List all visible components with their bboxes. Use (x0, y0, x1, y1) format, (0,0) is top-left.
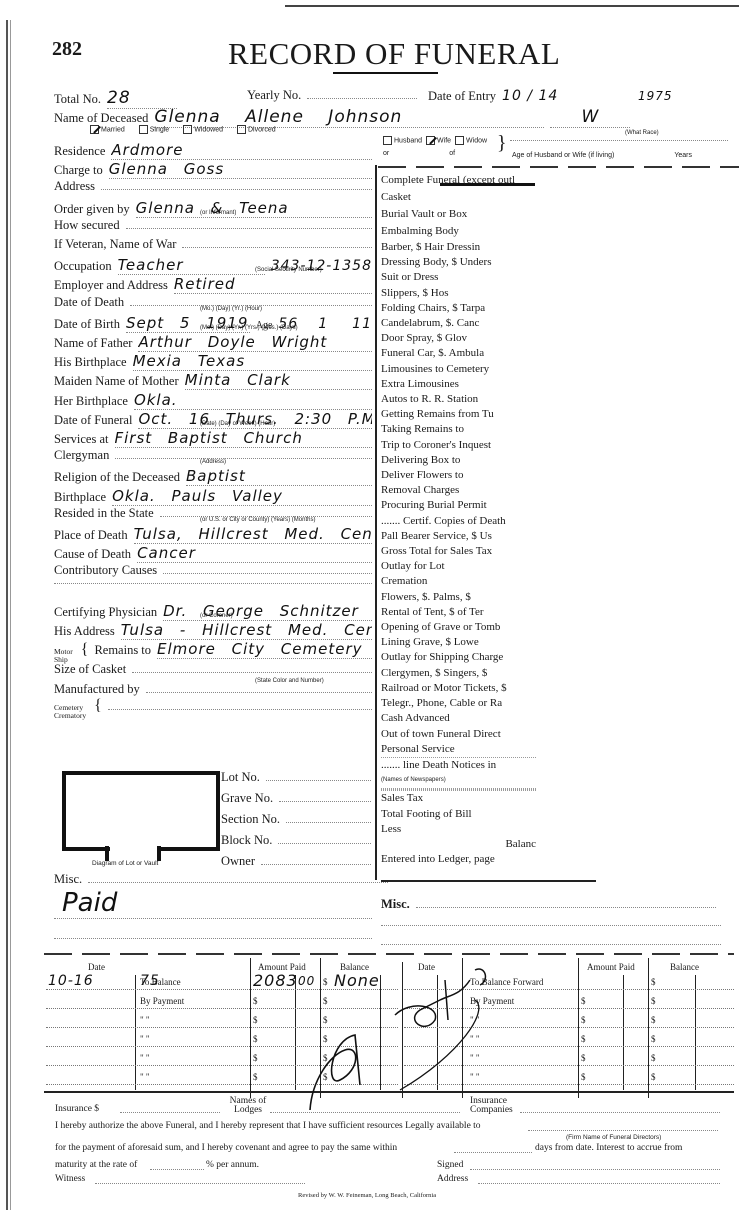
field-value[interactable]: First Baptist Church (115, 429, 373, 448)
lot-field: Block No. (221, 833, 371, 848)
charge-item[interactable]: Total Footing of Bill (381, 807, 536, 822)
field-label: Remains to (94, 643, 151, 658)
misc-right-line[interactable] (381, 925, 721, 926)
currency-symbol: $ (581, 1015, 586, 1025)
field-value[interactable] (115, 458, 372, 459)
field-label: Date of Death (54, 295, 124, 310)
field-his-address: His AddressTulsa - Hillcrest Med. Center (54, 621, 372, 640)
field-caption: (Mo.) (Day) (Yr.) (Yrs.) (Mos.) (Days) (200, 325, 298, 331)
charge-item[interactable]: Outlay for Lot (381, 559, 536, 574)
spouse-option-wife[interactable]: Wife (426, 136, 451, 145)
charge-item[interactable]: Folding Chairs, $ Tarpa (381, 301, 536, 316)
date-of-entry-value[interactable]: 10 / 14 (502, 88, 632, 104)
field-value[interactable]: Okla. (134, 391, 372, 410)
total-no-value[interactable]: 28 (107, 88, 177, 109)
days-line[interactable] (454, 1152, 532, 1153)
charge-item[interactable]: Personal Service (381, 742, 536, 757)
spouse-or-of: or of (383, 150, 455, 157)
misc-right-line[interactable] (381, 944, 721, 945)
field-label: Resided in the State (54, 506, 154, 521)
ledger-column-rule (695, 975, 696, 1090)
charge-item[interactable]: Lining Grave, $ Lowe (381, 635, 536, 650)
field-label: Occupation (54, 259, 112, 274)
field-label: Residence (54, 144, 105, 159)
currency-symbol: $ (253, 1072, 258, 1082)
field-caption: (Social Security Number) (255, 267, 322, 273)
page-title: RECORD OF FUNERAL (228, 36, 560, 72)
field-value[interactable] (108, 709, 372, 710)
charge-item[interactable]: Telegr., Phone, Cable or Ra (381, 696, 536, 711)
field-her-birthplace: Her BirthplaceOkla. (54, 391, 372, 410)
race-value[interactable]: W (550, 107, 630, 128)
currency-symbol: $ (651, 1053, 656, 1063)
field-label: Clergyman (54, 448, 109, 463)
field-label: Charge to (54, 163, 103, 178)
ledger-header-amount-right: Amount Paid (587, 962, 635, 972)
charge-item[interactable]: Candelabrum, $. Canc (381, 316, 536, 331)
field-value[interactable]: Dr. George Schnitzer (163, 602, 372, 621)
marital-option-widowed[interactable]: Widowed (183, 125, 223, 134)
field-label: Cause of Death (54, 547, 131, 562)
field-value[interactable]: Arthur Doyle Wright (138, 333, 372, 352)
field-label: His Birthplace (54, 355, 127, 370)
charge-item[interactable]: Embalming Body (381, 223, 536, 240)
binding-edge (6, 20, 8, 1210)
charge-item[interactable]: Suit or Dress (381, 270, 536, 285)
spouse-age-field: Age of Husband or Wife (if living) Years (512, 152, 692, 159)
lot-field-label: Block No. (221, 833, 272, 848)
ledger-column-rule (295, 975, 296, 1090)
misc-right-line[interactable] (416, 907, 716, 908)
marital-option-divorced[interactable]: Divorced (237, 125, 276, 134)
lot-field-label: Owner (221, 854, 255, 869)
witness-label: Witness (55, 1174, 85, 1184)
charge-item[interactable]: Entered into Ledger, page (381, 852, 536, 867)
charge-item[interactable]: Outlay for Shipping Charge (381, 650, 536, 665)
currency-symbol: $ (651, 977, 656, 987)
checkbox-icon[interactable] (237, 125, 246, 134)
currency-symbol: $ (651, 1072, 656, 1082)
charges-top-rule (378, 166, 739, 168)
field-address: Address (54, 179, 372, 194)
authorization-line-2: for the payment of aforesaid sum, and I … (55, 1143, 397, 1153)
field-label: How secured (54, 218, 120, 233)
field-place-of-death: Place of DeathTulsa, Hillcrest Med. Cent… (54, 525, 372, 544)
currency-symbol: $ (651, 996, 656, 1006)
field-caption: (or U.S. or City or County) (Years) (Mon… (200, 517, 315, 523)
charge-item[interactable]: Funeral Car, $. Ambula (381, 346, 536, 361)
field-his-birthplace: His BirthplaceMexia Texas (54, 352, 372, 371)
charge-item[interactable]: Out of town Funeral Direct (381, 727, 536, 742)
field-label: Maiden Name of Mother (54, 374, 179, 389)
charge-item[interactable]: Cash Advanced (381, 711, 536, 726)
charge-item[interactable]: Pall Bearer Service, $ Us (381, 529, 536, 544)
field-label: Services at (54, 432, 109, 447)
currency-symbol: $ (581, 1034, 586, 1044)
diagram-caption: Diagram of Lot or Vault (92, 860, 158, 867)
charge-item[interactable]: Procuring Burial Permit (381, 498, 536, 513)
field-value[interactable] (163, 573, 372, 574)
insurance-label: Insurance $ (55, 1104, 99, 1114)
currency-symbol: $ (581, 1072, 586, 1082)
charge-item[interactable]: Extra Limousines (381, 377, 536, 392)
lot-diagram (62, 771, 220, 851)
field-value[interactable]: Glenna & Teena (136, 199, 372, 218)
lot-field-value[interactable] (261, 864, 371, 865)
field-cause-of-death: Cause of DeathCancer (54, 544, 372, 563)
checkbox-icon[interactable] (426, 136, 435, 145)
ledger-page-rule (381, 880, 596, 882)
field-blank (54, 583, 372, 584)
ledger-description: To Balance (140, 977, 181, 987)
lot-field-value[interactable] (279, 801, 371, 802)
checkbox-icon[interactable] (139, 125, 148, 134)
field-label: Religion of the Deceased (54, 470, 180, 485)
lot-field-value[interactable] (278, 843, 371, 844)
ledger-description: " " (140, 1034, 150, 1044)
witness-line[interactable] (95, 1183, 305, 1184)
charge-item[interactable]: Rental of Tent, $ of Ter (381, 605, 536, 620)
marital-option-married[interactable]: Married (90, 125, 125, 134)
field-label: Her Birthplace (54, 394, 128, 409)
checkbox-icon[interactable] (90, 125, 99, 134)
field-occupation: OccupationTeacher343-12-1358 (54, 256, 372, 275)
charge-item[interactable]: Door Spray, $ Glov (381, 331, 536, 346)
misc-left-field: Misc. (54, 872, 388, 887)
field-how-secured: How secured (54, 218, 372, 233)
paid-signature: Paid (62, 888, 117, 918)
interest-label: maturity at the rate of (55, 1160, 137, 1170)
field-value[interactable]: Mexia Texas (133, 352, 372, 371)
address-line[interactable] (478, 1183, 720, 1184)
age-months[interactable]: 1 (318, 316, 328, 332)
ledger-description: By Payment (140, 996, 184, 1006)
field-value[interactable]: Glenna Goss (109, 160, 372, 179)
currency-symbol: $ (651, 1015, 656, 1025)
misc-left-line[interactable] (88, 882, 388, 883)
field-label: Order given by (54, 202, 130, 217)
field-value[interactable] (182, 247, 372, 248)
authorization-line-1: I hereby authorize the above Funeral, an… (55, 1121, 481, 1131)
field-label: Manufactured by (54, 682, 140, 697)
field-value[interactable]: Retired (174, 275, 372, 294)
address-label: Address (437, 1174, 468, 1184)
spouse-option-husband[interactable]: Husband (383, 136, 422, 145)
field-manufactured-by: Manufactured by (54, 682, 372, 697)
funeral-director-line[interactable] (528, 1130, 718, 1131)
field-charge-to: Charge toGlenna Goss (54, 160, 372, 179)
insurance-line[interactable] (120, 1112, 220, 1113)
field-value[interactable]: Cancer (137, 544, 372, 563)
lot-field-label: Lot No. (221, 770, 260, 785)
lot-field: Section No. (221, 812, 371, 827)
field-label: Date of Birth (54, 317, 120, 332)
charge-item[interactable]: Autos to R. R. Station (381, 392, 536, 407)
field-label: Employer and Address (54, 278, 168, 293)
charge-item[interactable]: Removal Charges (381, 483, 536, 498)
ledger-amount[interactable]: 2083 (253, 971, 298, 990)
charge-item[interactable]: Balanc (381, 837, 536, 852)
charge-item[interactable]: Gross Total for Sales Tax (381, 544, 536, 559)
charge-item[interactable]: ....... line Death Notices in (381, 758, 536, 773)
yearly-no-field: Yearly No. (247, 88, 417, 103)
charge-item[interactable]: Getting Remains from Tu (381, 407, 536, 422)
charge-item[interactable]: Clergymen, $ Singers, $ (381, 666, 536, 681)
authorization-line-2-end: days from date. Interest to accrue from (535, 1143, 682, 1153)
field-contributory-causes: Contributory Causes (54, 563, 372, 578)
field-value[interactable] (146, 692, 372, 693)
field-label: Name of Father (54, 336, 132, 351)
field-label: Size of Casket (54, 662, 126, 677)
field-caption: (Address) (200, 459, 226, 465)
charge-item[interactable]: Complete Funeral (except outl (381, 172, 536, 189)
field-label: Contributory Causes (54, 563, 157, 578)
field-caption: (Date) (Day of Week) (Hour) (200, 421, 275, 427)
charge-item[interactable]: Taking Remains to (381, 422, 536, 437)
field-label: If Veteran, Name of War (54, 237, 176, 252)
field-value[interactable]: Tulsa, Hillcrest Med. Center (134, 525, 372, 544)
charges-border (375, 165, 377, 880)
field-if-veteran-name-of-war: If Veteran, Name of War (54, 237, 372, 252)
misc-left-line[interactable] (54, 918, 372, 919)
field-name-of-father: Name of FatherArthur Doyle Wright (54, 333, 372, 352)
charge-item[interactable]: Limousines to Cemetery (381, 362, 536, 377)
ledger-header-balance-right: Balance (670, 962, 699, 972)
field-value[interactable]: Tulsa - Hillcrest Med. Center (121, 621, 372, 640)
charge-item[interactable]: Delivering Box to (381, 453, 536, 468)
lot-field-label: Grave No. (221, 791, 273, 806)
checkbox-icon[interactable] (183, 125, 192, 134)
field-residence: ResidenceArdmore (54, 141, 372, 160)
ledger-description: " " (140, 1053, 150, 1063)
field-value[interactable]: Ardmore (111, 141, 372, 160)
currency-symbol: $ (581, 996, 586, 1006)
field-value[interactable] (132, 672, 372, 673)
field-label: Place of Death (54, 528, 128, 543)
diagram-foot (105, 846, 109, 861)
field-blank: CemeteryCrematory{ (54, 701, 372, 720)
field-caption: (or Coroner) (200, 613, 233, 619)
page-number: 282 (52, 38, 82, 61)
misc-right-field: Misc. (381, 897, 716, 912)
signed-line[interactable] (470, 1169, 720, 1170)
charge-item[interactable]: Less (381, 822, 536, 837)
currency-symbol: $ (581, 1053, 586, 1063)
ledger-description: " " (140, 1015, 150, 1025)
top-rule (285, 5, 739, 7)
charge-item[interactable]: ....... Certif. Copies of Death (381, 514, 536, 529)
field-value[interactable]: Teacher (118, 256, 265, 275)
misc-left-line[interactable] (54, 938, 372, 939)
charge-item[interactable]: Trip to Coroner's Inquest (381, 438, 536, 453)
lot-field: Lot No. (221, 770, 371, 785)
ledger-column-rule (623, 975, 624, 1090)
form-credit: Revised by W. W. Feineman, Long Beach, C… (298, 1192, 436, 1199)
ledger-header-date: Date (88, 962, 105, 972)
ledger-column-rule (135, 975, 136, 1090)
signature-scrawl (300, 960, 560, 1120)
field-value[interactable] (54, 583, 372, 584)
lodges-label: Names of Lodges (228, 1097, 268, 1115)
field-size-of-casket: Size of Casket (54, 662, 372, 677)
field-label: Date of Funeral (54, 413, 132, 428)
age-days[interactable]: 11 (352, 316, 372, 332)
currency-symbol: $ (651, 1034, 656, 1044)
prefix-options: CemeteryCrematory (54, 704, 86, 720)
field-value[interactable] (101, 189, 372, 190)
field-label: Birthplace (54, 490, 106, 505)
charge-item[interactable]: Barber, $ Hair Dressin (381, 240, 536, 255)
field-value[interactable]: Baptist (186, 467, 372, 486)
ledger-top-rule (44, 953, 734, 955)
entry-year[interactable]: 1975 (638, 89, 673, 103)
field-services-at: Services atFirst Baptist Church (54, 429, 372, 448)
lot-field-value[interactable] (286, 822, 371, 823)
interest-label-end: % per annum. (206, 1160, 259, 1170)
field-religion-of-the-deceased: Religion of the DeceasedBaptist (54, 467, 372, 486)
funeral-director-caption: (Firm Name of Funeral Directors) (566, 1134, 661, 1141)
diagram-opening (110, 845, 157, 851)
lot-field-value[interactable] (266, 780, 371, 781)
charge-item[interactable]: Cremation (381, 574, 536, 589)
brace: } (497, 134, 507, 152)
total-no-field: Total No. 28 (54, 88, 177, 109)
signed-label: Signed (437, 1160, 463, 1170)
field-value[interactable]: Minta Clark (185, 371, 372, 390)
title-underline (333, 72, 438, 74)
currency-symbol: $ (253, 1015, 258, 1025)
field-remains-to: MotorShip{Remains toElmore City Cemetery (54, 640, 372, 664)
checkbox-icon[interactable] (455, 136, 464, 145)
field-value[interactable]: Okla. Pauls Valley (112, 487, 372, 506)
charge-item[interactable]: Railroad or Motor Tickets, $ (381, 681, 536, 696)
field-maiden-name-of-mother: Maiden Name of MotherMinta Clark (54, 371, 372, 390)
marital-option-single[interactable]: Single (139, 125, 169, 134)
charge-item[interactable]: Burial Vault or Box (381, 206, 536, 223)
currency-symbol: $ (253, 996, 258, 1006)
field-caption: (or Informant) (200, 210, 236, 216)
ledger-date[interactable]: 10-16 (48, 973, 94, 989)
lot-field: Owner (221, 854, 371, 869)
field-caption: (Mo.) (Day) (Yr.) (Hour) (200, 306, 262, 312)
interest-rate-line[interactable] (150, 1169, 204, 1170)
spouse-status-group: HusbandWifeWidow (383, 136, 487, 145)
charge-item[interactable]: Deliver Flowers to (381, 468, 536, 483)
currency-symbol: $ (253, 1053, 258, 1063)
binding-edge-inner (10, 20, 11, 1210)
ledger-description: " " (140, 1072, 150, 1082)
charge-item[interactable]: Sales Tax (381, 791, 536, 806)
charge-item[interactable]: Opening of Grave or Tomb (381, 620, 536, 635)
currency-symbol: $ (253, 1034, 258, 1044)
lot-field: Grave No. (221, 791, 371, 806)
field-employer-and-address: Employer and AddressRetired (54, 275, 372, 294)
charge-item[interactable]: (Names of Newspapers) (381, 773, 536, 789)
lot-field-label: Section No. (221, 812, 280, 827)
race-caption: (What Race) (625, 130, 659, 136)
field-label: Address (54, 179, 95, 194)
charge-item[interactable]: Casket (381, 189, 536, 206)
field-value[interactable] (126, 228, 372, 229)
field-label: His Address (54, 624, 115, 639)
diagram-foot (157, 846, 161, 861)
field-label: Certifying Physician (54, 605, 157, 620)
brace: { (81, 645, 89, 655)
charge-item[interactable]: Dressing Body, $ Unders (381, 255, 536, 270)
date-of-entry-field: Date of Entry 10 / 14 1975 (428, 88, 673, 104)
charge-item[interactable]: Slippers, $ Hos (381, 286, 536, 301)
field-value[interactable]: Elmore City Cemetery (157, 640, 372, 659)
spouse-name-line[interactable] (510, 140, 728, 141)
checkbox-icon[interactable] (383, 136, 392, 145)
charge-item[interactable]: Flowers, $. Palms, $ (381, 590, 536, 605)
yearly-no-value[interactable] (307, 98, 417, 99)
spouse-option-widow[interactable]: Widow (455, 136, 487, 145)
field-birthplace: BirthplaceOkla. Pauls Valley (54, 487, 372, 506)
charges-list: Complete Funeral (except outlCasketBuria… (381, 172, 536, 867)
marital-status-group: MarriedSingleWidowedDivorced (90, 125, 276, 134)
brace: { (94, 701, 102, 711)
